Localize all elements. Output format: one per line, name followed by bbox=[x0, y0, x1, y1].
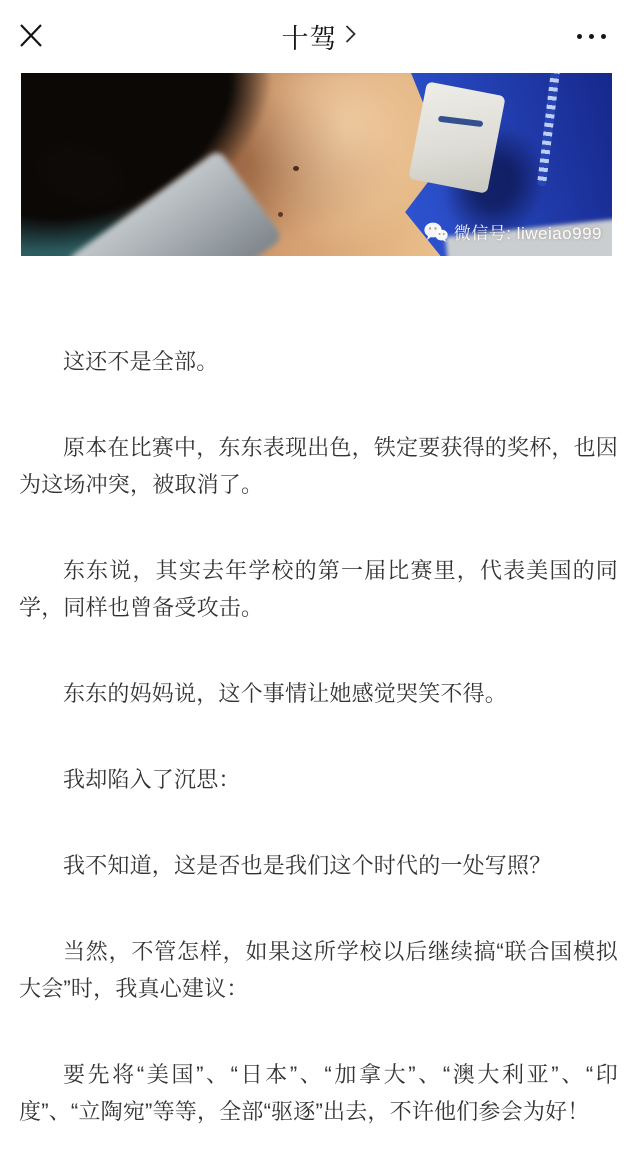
more-icon bbox=[577, 34, 606, 39]
article-paragraph: 当然，不管怎样，如果这所学校以后继续搞“联合国模拟大会”时，我真心建议： bbox=[19, 933, 618, 1007]
article-paragraph: 这还不是全部。 bbox=[19, 343, 618, 380]
more-menu-button[interactable] bbox=[577, 0, 606, 73]
article-account-title[interactable]: 十驾 bbox=[282, 0, 357, 73]
watermark-text: 微信号: liweiao999 bbox=[454, 219, 602, 244]
article-paragraph: 要先将“美国”、“日本”、“加拿大”、“澳大利亚”、“印度”、“立陶宛”等等，全… bbox=[19, 1056, 618, 1130]
article-paragraph: 东东说，其实去年学校的第一届比赛里，代表美国的同学，同样也曾备受攻击。 bbox=[19, 552, 618, 626]
page-title: 十驾 bbox=[282, 17, 338, 56]
article-body: 这还不是全部。 原本在比赛中，东东表现出色，铁定要获得的奖杯，也因为这场冲突，被… bbox=[0, 256, 638, 1158]
photo-strap-slot bbox=[438, 115, 483, 126]
close-button[interactable] bbox=[17, 21, 45, 49]
chevron-right-icon bbox=[345, 24, 357, 49]
article-photo[interactable]: 微信号: liweiao999 bbox=[21, 73, 612, 256]
article-paragraph: 原本在比赛中，东东表现出色，铁定要获得的奖杯，也因为这场冲突，被取消了。 bbox=[19, 429, 618, 503]
wechat-icon bbox=[424, 222, 448, 242]
close-icon bbox=[17, 36, 45, 53]
photo-watermark: 微信号: liweiao999 bbox=[424, 219, 602, 244]
article-paragraph: 东东的妈妈说，这个事情让她感觉哭笑不得。 bbox=[19, 675, 618, 712]
article-paragraph: 我不知道，这是否也是我们这个时代的一处写照？ bbox=[19, 847, 618, 884]
article-paragraph: 我却陷入了沉思： bbox=[19, 761, 618, 798]
top-bar: 十驾 bbox=[0, 0, 638, 73]
